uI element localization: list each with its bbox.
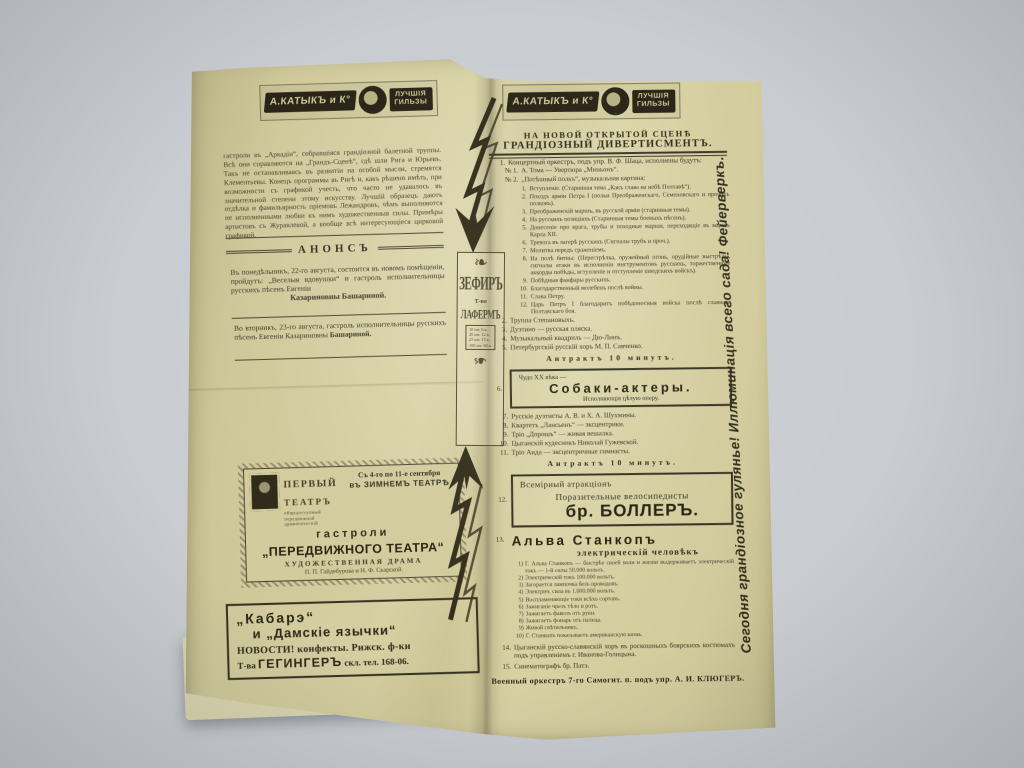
program-row-text: На полѣ битвы: (Перестрѣлка, оружейный о… bbox=[530, 253, 730, 276]
boller-box: 12. Всемірный атракціонъ Поразительные в… bbox=[511, 472, 734, 528]
anons-header: АНОНСЪ bbox=[226, 240, 444, 258]
program-row-number: 7. bbox=[516, 247, 530, 254]
program-row-text: Тріо Аида — эксцентричные гимнасты. bbox=[512, 446, 733, 457]
theater-logotype: ПЕРВЫЙ ТЕАТРЪ общедоступный передвижной … bbox=[283, 471, 342, 527]
program-footer: Военный оркестръ 7-го Самогит. п. подъ у… bbox=[491, 674, 735, 686]
program-row: 5. Донесеніе про врага, трубы и походные… bbox=[490, 222, 730, 239]
program-title-line2: ГРАНДІОЗНЫЙ ДИВЕРТИСМЕНТЪ. bbox=[489, 138, 727, 152]
program-tail: 14. Цыганскій русско-славянскій хоръ въ … bbox=[495, 638, 735, 671]
performer-name: Башариной. bbox=[330, 329, 372, 339]
program-row-number: 7. bbox=[492, 413, 511, 421]
theater-ad-inner: ПЕРВЫЙ ТЕАТРЪ общедоступный передвижной … bbox=[243, 463, 462, 582]
program-row-number: 1. bbox=[489, 159, 508, 167]
gehinger-brand: ГЕГИНГЕРЪ bbox=[258, 655, 343, 671]
paper: А.КАТЫКЪ и К° ЛУЧШІЯ ГИЛЬЗЫ гастроли въ … bbox=[184, 54, 783, 744]
stankop-row-number: 3) bbox=[512, 582, 525, 589]
program-row-number: 12. bbox=[498, 495, 507, 503]
intro-paragraph: гастроли въ „Аркадіи“, собравшіяся гранд… bbox=[223, 146, 443, 241]
brand-name: А.КАТЫКЪ и К° bbox=[506, 91, 599, 112]
program-row-number: 2. bbox=[491, 317, 510, 325]
program-row-number: 6. bbox=[516, 239, 530, 246]
program-row: Антрактъ 10 минутъ. bbox=[493, 458, 733, 469]
program-row-number: 1. bbox=[515, 185, 529, 192]
boller-line1: Всемірный атракціонъ bbox=[520, 477, 724, 489]
program-row-number: 9. bbox=[492, 431, 511, 439]
program-row-number: 10. bbox=[492, 440, 511, 448]
program-row: 15. Синематографъ бр. Патэ. bbox=[495, 660, 735, 671]
program-row-number: 3. bbox=[516, 208, 530, 215]
program-row-number: 14. bbox=[495, 644, 514, 660]
brand-medallion-icon bbox=[601, 87, 629, 115]
program-row-number: 10. bbox=[517, 285, 531, 292]
stankop-row-number: 1) bbox=[512, 561, 525, 575]
program-row-number: 5. bbox=[516, 224, 530, 238]
program-row-number: 4. bbox=[516, 216, 530, 223]
program-row-number: 9. bbox=[516, 277, 530, 284]
stankop-row-number: 4) bbox=[512, 590, 525, 597]
anons-title: АНОНСЪ bbox=[298, 242, 372, 256]
program-row: 8. На полѣ битвы: (Перестрѣлка, оружейны… bbox=[490, 253, 730, 277]
stankop-row-number: 5) bbox=[512, 597, 525, 604]
brand-name: А.КАТЫКЪ и К° bbox=[264, 90, 356, 113]
program-row-number: 15. bbox=[495, 663, 514, 671]
stankop-row-number: 8) bbox=[513, 618, 526, 625]
program-row: 14. Цыганскій русско-славянскій хоръ въ … bbox=[495, 641, 735, 660]
program-list: 1. Концертный оркестръ, подъ упр. В. Ф. … bbox=[489, 156, 735, 686]
program-row-number: 11. bbox=[493, 449, 512, 457]
program-row-number: 4. bbox=[491, 335, 510, 343]
theater-emblem-icon bbox=[249, 473, 280, 512]
program-row-number: 13. bbox=[496, 536, 505, 544]
program-title: НА НОВОЙ ОТКРЫТОЙ СЦЕНѢ ГРАНДІОЗНЫЙ ДИВЕ… bbox=[489, 128, 727, 159]
program-row-number: 3. bbox=[491, 326, 510, 334]
stankop-row-number: 10) bbox=[513, 633, 526, 640]
theater-ad: ПЕРВЫЙ ТЕАТРЪ общедоступный передвижной … bbox=[238, 457, 467, 587]
boller-title: бр. БОЛЛЕРЪ. bbox=[520, 500, 724, 522]
program-row-number: 12. bbox=[517, 301, 531, 315]
brand-medallion-icon bbox=[358, 85, 387, 114]
program-row: 12. Царь Петръ I благодаритъ побѣдоносны… bbox=[491, 299, 731, 316]
stankop-row-number: 9) bbox=[513, 626, 526, 633]
program-row-text: Донесеніе про врага, трубы и походные ма… bbox=[530, 222, 730, 238]
program-row-text: Петербургскій русскій хоръ М. П. Савченк… bbox=[510, 341, 731, 352]
program-row-number: 6. bbox=[497, 385, 502, 393]
program-row: 5. Петербургскій русскій хоръ М. П. Савч… bbox=[491, 341, 731, 352]
katyk-ad-right: А.КАТЫКЪ и К° ЛУЧШІЯ ГИЛЬЗЫ bbox=[502, 82, 680, 120]
stankop-section: 13. Альва Станкопъ электрическій человѣк… bbox=[512, 531, 735, 640]
paper-crease bbox=[188, 381, 484, 392]
dog-act-box: 6. Чудо XX вѣка — Собаки-актеры. Исполня… bbox=[510, 367, 732, 409]
program-row: 11. Тріо Аида — эксцентричные гимнасты. bbox=[493, 446, 733, 457]
dog-act-title: Собаки-актеры. bbox=[519, 379, 723, 396]
theater-dates: Съ 4-го по 11-е сентября въ ЗИМНЕМЪ ТЕАТ… bbox=[345, 468, 454, 491]
photo-scene: А.КАТЫКЪ и К° ЛУЧШІЯ ГИЛЬЗЫ гастроли въ … bbox=[0, 0, 1024, 768]
theater-logo-caption: общедоступный передвижной драматическій bbox=[284, 509, 342, 527]
brand-slogan: ЛУЧШІЯ ГИЛЬЗЫ bbox=[389, 87, 433, 111]
program-row-text: Антрактъ 10 минутъ. bbox=[546, 353, 677, 364]
program-row-number: 5. bbox=[491, 344, 510, 352]
program-row-text: Цыганскій русско-славянскій хоръ въ роск… bbox=[514, 641, 735, 660]
program-row: Антрактъ 10 минутъ. bbox=[491, 353, 731, 364]
program-row-number: № 1. bbox=[502, 167, 521, 175]
program-row-number: 11. bbox=[517, 293, 531, 300]
program-row-number: № 2. bbox=[502, 176, 521, 184]
divider bbox=[235, 354, 447, 361]
stankop-row-number: 6) bbox=[512, 604, 525, 611]
brand-slogan: ЛУЧШІЯ ГИЛЬЗЫ bbox=[632, 89, 675, 113]
program-row-number: 8. bbox=[492, 422, 511, 430]
program-row-text: Антрактъ 10 минутъ. bbox=[548, 458, 679, 469]
stankop-list: 1) Г. Альва Станкопъ — быстрѣе своей вол… bbox=[512, 559, 735, 640]
program-row-text: Синематографъ бр. Патэ. bbox=[514, 660, 735, 671]
left-page: А.КАТЫКЪ и К° ЛУЧШІЯ ГИЛЬЗЫ гастроли въ … bbox=[176, 51, 495, 745]
divider bbox=[226, 249, 292, 254]
stankop-row-number: 7) bbox=[513, 611, 526, 618]
anons-paragraph-2: Во вторникъ, 23-го августа, гастроль исп… bbox=[234, 318, 446, 342]
anons-paragraph-1: Въ понедѣльникъ, 22-го августа, состоитс… bbox=[230, 262, 445, 304]
katyk-ad-left: А.КАТЫКЪ и К° ЛУЧШІЯ ГИЛЬЗЫ bbox=[259, 80, 437, 121]
program-row: 2. Походъ арміи Петра I (полки Преображе… bbox=[489, 191, 729, 208]
stankop-row-number: 2) bbox=[512, 575, 525, 582]
program-row-number: 2. bbox=[515, 193, 529, 207]
theater-ad-top: ПЕРВЫЙ ТЕАТРЪ общедоступный передвижной … bbox=[249, 468, 454, 528]
divider bbox=[378, 244, 444, 249]
program-row-number: 8. bbox=[516, 255, 530, 276]
program-row-text: Походъ арміи Петра I (полки Преображенск… bbox=[529, 191, 729, 207]
program-row-text: Царь Петръ I благодаритъ побѣдоносныя во… bbox=[531, 299, 731, 315]
